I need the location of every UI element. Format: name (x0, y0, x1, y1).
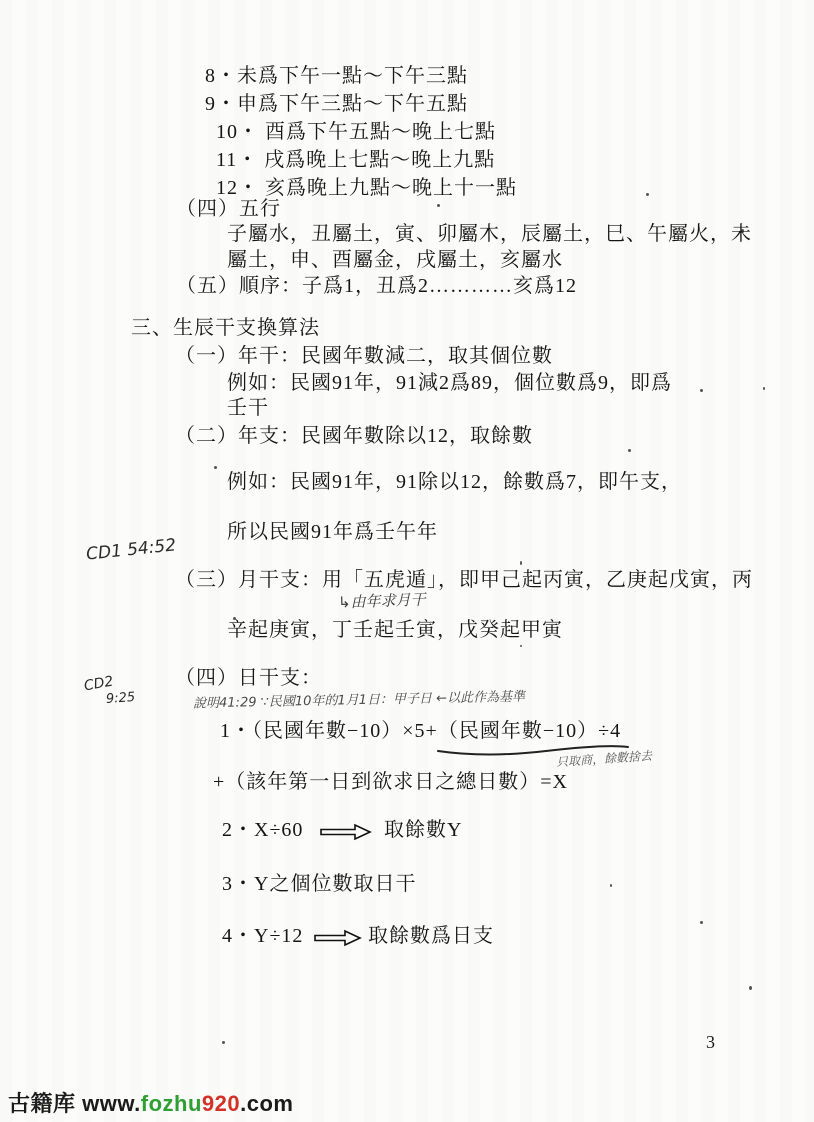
cd1-annotation: CD1 54:52 (85, 535, 177, 564)
year-stem-example-2: 壬干 (227, 396, 269, 420)
watermark-www: www. (76, 1091, 141, 1116)
watermark-host-red: 920 (202, 1091, 240, 1116)
scan-speck (700, 921, 703, 924)
month-pillar-line-1: （三）月干支：用「五虎遁」，即甲己起丙寅，乙庚起戊寅，丙 (175, 568, 753, 592)
scan-speck (741, 229, 744, 233)
scan-speck (700, 389, 703, 392)
scan-speck (520, 645, 522, 647)
wuxing-line-2: 屬土，申、酉屬金，戌屬土，亥屬水 (227, 248, 563, 272)
formula-3-right: 取餘數Y (384, 818, 462, 842)
scan-speck (646, 193, 649, 196)
year-branch-example-1: 例如：民國91年，91除以12，餘數爲7，即午支， (227, 470, 682, 494)
month-pillar-line-2: 辛起庚寅，丁壬起壬寅，戊癸起甲寅 (227, 618, 563, 642)
double-arrow-icon (314, 929, 362, 947)
year-stem-line: （一）年干：民國年數減二，取其個位數 (175, 344, 553, 368)
scanned-document-page: 8・未爲下午一點～下午三點 9・申爲下午三點～下午五點 10・ 酉爲下午五點～晚… (0, 0, 814, 1122)
watermark-host-green: fozhu (141, 1091, 202, 1116)
hour-list-item-9: 9・申爲下午三點～下午五點 (205, 92, 468, 116)
formula-5-left: 4・Y÷12 (222, 924, 303, 948)
cd2-time-annotation: 9:25 (106, 690, 136, 707)
scan-speck (233, 617, 236, 620)
watermark: 古籍库 www.fozhu920.com (8, 1087, 294, 1118)
hour-list-item-8: 8・未爲下午一點～下午三點 (205, 64, 468, 88)
scan-speck (437, 204, 440, 207)
scan-speck (744, 576, 747, 579)
formula-3-left: 2・X÷60 (222, 818, 303, 842)
year-stem-example-1: 例如：民國91年，91減2爲89，個位數爲9，即爲 (227, 371, 672, 395)
wuxing-line-1: 子屬水，丑屬土，寅、卯屬木，辰屬土，巳、午屬火，未 (227, 222, 752, 246)
double-arrow-icon (320, 823, 372, 841)
hour-list-item-10: 10・ 酉爲下午五點～晚上七點 (216, 120, 496, 144)
scan-speck (763, 387, 765, 390)
formula-1: 1・（民國年數−10）×5+（民國年數−10）÷4 (220, 719, 621, 743)
scan-speck (749, 986, 752, 990)
section-five-line: （五）順序：子爲1，丑爲2…………亥爲12 (176, 274, 577, 298)
scan-speck (628, 449, 631, 452)
year-branch-line: （二）年支：民國年數除以12，取餘數 (175, 424, 533, 448)
scan-speck (222, 1041, 225, 1044)
scan-speck (214, 466, 217, 469)
scan-speck (610, 884, 612, 887)
formula-4: 3・Y之個位數取日干 (222, 872, 416, 896)
watermark-tld: .com (240, 1091, 293, 1116)
watermark-site-name: 古籍库 (8, 1091, 76, 1116)
month-note-annotation: ↳由年求月干 (338, 588, 426, 612)
formula-1-left: 1・（民國年數−10）×5+ (220, 720, 438, 742)
scan-speck (520, 561, 522, 565)
day-pillar-title: （四）日干支： (175, 666, 322, 690)
page-number: 3 (706, 1032, 715, 1053)
formula-5-right: 取餘數爲日支 (368, 924, 494, 948)
hour-list-item-11: 11・ 戌爲晚上七點～晚上九點 (216, 148, 495, 172)
formula-1-right: （民國年數−10）÷4 (438, 720, 621, 742)
section-four-title: （四）五行 (176, 197, 281, 221)
year-branch-example-2: 所以民國91年爲壬午年 (227, 520, 438, 544)
formula-2: +（該年第一日到欲求日之總日數）=X (213, 770, 568, 794)
section-three-heading: 三、生辰干支換算法 (131, 316, 320, 340)
